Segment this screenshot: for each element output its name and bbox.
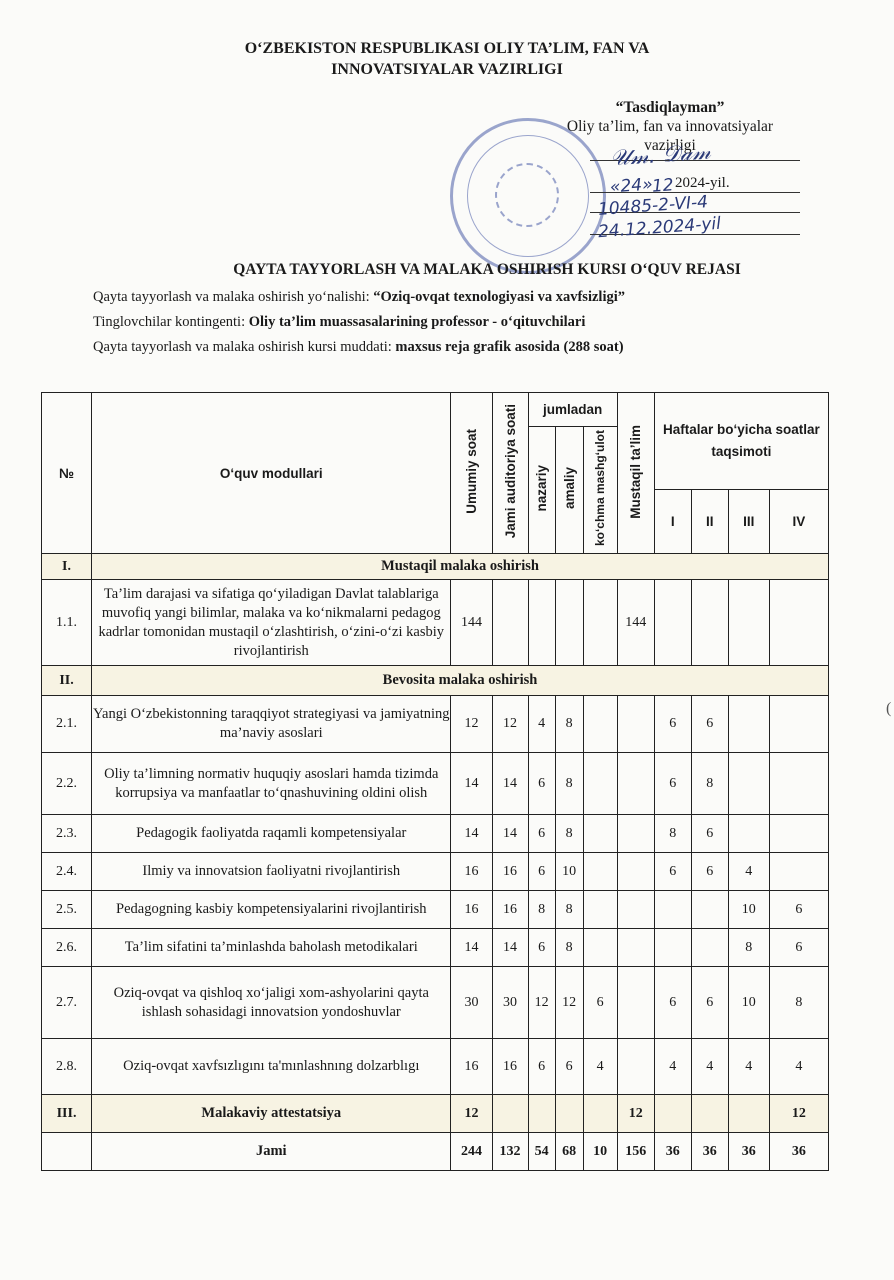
cell-indep <box>617 929 654 967</box>
header-weeks-title: Haftalar bo‘yicha soatlar taqsimoti <box>654 393 828 490</box>
cell-field: 6 <box>583 967 617 1039</box>
meta-duration: Qayta tayyorlash va malaka oshirish kurs… <box>93 339 624 356</box>
cell-indep: 156 <box>617 1133 654 1171</box>
cell-w2: 6 <box>691 967 728 1039</box>
header-week-2: II <box>691 490 728 554</box>
cell-field <box>583 753 617 815</box>
cell-w4 <box>769 696 828 753</box>
cell-w4 <box>769 853 828 891</box>
section-title: Mustaqil malaka oshirish <box>92 554 829 580</box>
row-number <box>42 1133 92 1171</box>
total-row: Jami24413254681015636363636 <box>42 1133 829 1171</box>
approval-date-suffix: 2024-yil. <box>675 174 730 193</box>
table-row: 2.5.Pedagogning kasbiy kompetensiyalarin… <box>42 891 829 929</box>
cell-w4: 36 <box>769 1133 828 1171</box>
cell-practice: 8 <box>555 891 583 929</box>
cell-aud: 16 <box>492 1039 528 1095</box>
cell-indep <box>617 696 654 753</box>
cell-aud <box>492 580 528 666</box>
cell-theory: 4 <box>528 696 555 753</box>
cell-w1: 4 <box>654 1039 691 1095</box>
table-row: 2.3.Pedagogik faoliyatda raqamli kompete… <box>42 815 829 853</box>
cell-practice: 8 <box>555 696 583 753</box>
cell-field: 4 <box>583 1039 617 1095</box>
cell-theory <box>528 580 555 666</box>
row-number: 2.8. <box>42 1039 92 1095</box>
table-row: 2.6.Ta’lim sifatini ta’minlashda baholas… <box>42 929 829 967</box>
handwritten-day: «24» <box>609 175 653 198</box>
cell-practice: 8 <box>555 815 583 853</box>
cell-aud: 14 <box>492 815 528 853</box>
cell-w4: 6 <box>769 891 828 929</box>
row-number: 2.1. <box>42 696 92 753</box>
cell-practice: 6 <box>555 1039 583 1095</box>
cell-w1 <box>654 580 691 666</box>
cell-w1: 8 <box>654 815 691 853</box>
row-number: 2.7. <box>42 967 92 1039</box>
cell-theory <box>528 1095 555 1133</box>
curriculum-table: № O‘quv modullari Umumiy soat Jami audit… <box>41 392 829 1171</box>
module-name: Oliy ta’limning normativ huquqiy asoslar… <box>92 753 451 815</box>
row-number: III. <box>42 1095 92 1133</box>
cell-w4: 6 <box>769 929 828 967</box>
cell-aud: 12 <box>492 696 528 753</box>
document-title: QAYTA TAYYORLASH VA MALAKA OSHIRISH KURS… <box>0 261 894 279</box>
meta-contingent: Tinglovchilar kontingenti: Oliy ta’lim m… <box>93 314 585 331</box>
cell-w3: 10 <box>728 891 769 929</box>
cell-w2 <box>691 1095 728 1133</box>
cell-w3: 4 <box>728 1039 769 1095</box>
cell-indep <box>617 753 654 815</box>
table-row: 2.2.Oliy ta’limning normativ huquqiy aso… <box>42 753 829 815</box>
cell-aud: 30 <box>492 967 528 1039</box>
cell-indep <box>617 891 654 929</box>
cell-total: 14 <box>451 815 492 853</box>
module-name: Oziq-ovqat xavfsızlıgını ta'mınlashnıng … <box>92 1039 451 1095</box>
cell-theory: 12 <box>528 967 555 1039</box>
cell-w2 <box>691 891 728 929</box>
header-field: ko‘chma mashg‘ulot <box>583 427 617 554</box>
header-week-3: III <box>728 490 769 554</box>
header-independent: Mustaqil ta’lim <box>617 393 654 554</box>
table-row: 2.4.Ilmiy va innovatsion faoliyatni rivo… <box>42 853 829 891</box>
approval-title: “Tasdiqlayman” <box>520 98 820 117</box>
module-name: Ilmiy va innovatsion faoliyatni rivojlan… <box>92 853 451 891</box>
table-body: I.Mustaqil malaka oshirish1.1.Ta’lim dar… <box>42 554 829 1171</box>
handwritten-month: 12 <box>651 175 674 196</box>
cell-aud: 132 <box>492 1133 528 1171</box>
cell-indep <box>617 1039 654 1095</box>
cell-w3: 36 <box>728 1133 769 1171</box>
header-week-4: IV <box>769 490 828 554</box>
cell-w4: 4 <box>769 1039 828 1095</box>
cell-practice: 68 <box>555 1133 583 1171</box>
cell-w3 <box>728 696 769 753</box>
cell-total: 16 <box>451 891 492 929</box>
header-week-1: I <box>654 490 691 554</box>
cell-aud: 14 <box>492 929 528 967</box>
cell-w1: 6 <box>654 696 691 753</box>
row-number: 2.4. <box>42 853 92 891</box>
cell-field: 10 <box>583 1133 617 1171</box>
cell-field <box>583 696 617 753</box>
cell-w1: 6 <box>654 967 691 1039</box>
cell-aud: 16 <box>492 853 528 891</box>
cell-w1: 6 <box>654 853 691 891</box>
section-row: III.Malakaviy attestatsiya121212 <box>42 1095 829 1133</box>
cell-theory: 6 <box>528 1039 555 1095</box>
cell-w3: 8 <box>728 929 769 967</box>
cell-practice: 12 <box>555 967 583 1039</box>
row-number: 2.5. <box>42 891 92 929</box>
cell-w2: 6 <box>691 853 728 891</box>
ministry-line-1: O‘ZBEKISTON RESPUBLIKASI OLIY TA’LIM, FA… <box>0 38 894 59</box>
cell-practice: 10 <box>555 853 583 891</box>
cell-w3 <box>728 815 769 853</box>
margin-mark: ( <box>886 700 891 718</box>
row-number: 1.1. <box>42 580 92 666</box>
cell-w1 <box>654 891 691 929</box>
ministry-header: O‘ZBEKISTON RESPUBLIKASI OLIY TA’LIM, FA… <box>0 38 894 80</box>
cell-theory: 6 <box>528 853 555 891</box>
header-modules: O‘quv modullari <box>92 393 451 554</box>
cell-theory: 6 <box>528 929 555 967</box>
cell-indep <box>617 853 654 891</box>
header-auditorium-hours: Jami auditoriya soati <box>492 393 528 554</box>
cell-w4 <box>769 753 828 815</box>
cell-w2: 36 <box>691 1133 728 1171</box>
section-row: I.Mustaqil malaka oshirish <box>42 554 829 580</box>
state-emblem-icon <box>495 163 559 227</box>
cell-indep: 12 <box>617 1095 654 1133</box>
module-name: Yangi O‘zbekistonning taraqqiyot strateg… <box>92 696 451 753</box>
cell-field <box>583 929 617 967</box>
cell-w2: 8 <box>691 753 728 815</box>
module-name: Pedagogning kasbiy kompetensiyalarini ri… <box>92 891 451 929</box>
cell-indep: 144 <box>617 580 654 666</box>
cell-w4 <box>769 815 828 853</box>
table-row: 2.7.Oziq-ovqat va qishloq xo‘jaligi xom-… <box>42 967 829 1039</box>
cell-total: 16 <box>451 853 492 891</box>
cell-theory: 6 <box>528 815 555 853</box>
cell-w4: 8 <box>769 967 828 1039</box>
module-name: Ta’lim sifatini ta’minlashda baholash me… <box>92 929 451 967</box>
module-name: Pedagogik faoliyatda raqamli kompetensiy… <box>92 815 451 853</box>
cell-w2: 6 <box>691 815 728 853</box>
total-label: Jami <box>92 1133 451 1171</box>
cell-total: 144 <box>451 580 492 666</box>
cell-w1 <box>654 1095 691 1133</box>
header-theory: nazariy <box>528 427 555 554</box>
cell-w2: 4 <box>691 1039 728 1095</box>
cell-total: 30 <box>451 967 492 1039</box>
cell-w3 <box>728 580 769 666</box>
cell-total: 14 <box>451 753 492 815</box>
cell-theory: 6 <box>528 753 555 815</box>
header-practice: amaliy <box>555 427 583 554</box>
cell-total: 244 <box>451 1133 492 1171</box>
ministry-line-2: INNOVATSIYALAR VAZIRLIGI <box>0 59 894 80</box>
cell-total: 12 <box>451 1095 492 1133</box>
row-number: 2.2. <box>42 753 92 815</box>
cell-w3: 10 <box>728 967 769 1039</box>
cell-field <box>583 580 617 666</box>
module-name: Malakaviy attestatsiya <box>92 1095 451 1133</box>
cell-aud: 14 <box>492 753 528 815</box>
cell-theory: 8 <box>528 891 555 929</box>
row-number: II. <box>42 666 92 696</box>
cell-w1: 6 <box>654 753 691 815</box>
table-header: № O‘quv modullari Umumiy soat Jami audit… <box>42 393 829 554</box>
cell-practice <box>555 580 583 666</box>
header-total-hours: Umumiy soat <box>451 393 492 554</box>
cell-w2 <box>691 580 728 666</box>
cell-theory: 54 <box>528 1133 555 1171</box>
cell-field <box>583 891 617 929</box>
cell-w3 <box>728 753 769 815</box>
header-including: jumladan <box>528 393 617 427</box>
meta-direction: Qayta tayyorlash va malaka oshirish yo‘n… <box>93 289 625 306</box>
module-name: Oziq-ovqat va qishloq xo‘jaligi xom-ashy… <box>92 967 451 1039</box>
row-number: 2.6. <box>42 929 92 967</box>
cell-total: 12 <box>451 696 492 753</box>
cell-w1 <box>654 929 691 967</box>
cell-field <box>583 1095 617 1133</box>
module-name: Ta’lim darajasi va sifatiga qo‘yiladigan… <box>92 580 451 666</box>
cell-w4: 12 <box>769 1095 828 1133</box>
cell-aud <box>492 1095 528 1133</box>
cell-w2 <box>691 929 728 967</box>
approval-line-1: Oliy ta’lim, fan va innovatsiyalar <box>520 117 820 136</box>
table-row: 2.8.Oziq-ovqat xavfsızlıgını ta'mınlashn… <box>42 1039 829 1095</box>
table-row: 2.1.Yangi O‘zbekistonning taraqqiyot str… <box>42 696 829 753</box>
cell-w3: 4 <box>728 853 769 891</box>
cell-field <box>583 815 617 853</box>
cell-total: 14 <box>451 929 492 967</box>
table-row: 1.1.Ta’lim darajasi va sifatiga qo‘yilad… <box>42 580 829 666</box>
cell-indep <box>617 815 654 853</box>
header-no: № <box>42 393 92 554</box>
row-number: I. <box>42 554 92 580</box>
cell-aud: 16 <box>492 891 528 929</box>
cell-practice: 8 <box>555 753 583 815</box>
cell-w3 <box>728 1095 769 1133</box>
cell-indep <box>617 967 654 1039</box>
cell-w1: 36 <box>654 1133 691 1171</box>
cell-w2: 6 <box>691 696 728 753</box>
cell-practice <box>555 1095 583 1133</box>
cell-w4 <box>769 580 828 666</box>
section-title: Bevosita malaka oshirish <box>92 666 829 696</box>
row-number: 2.3. <box>42 815 92 853</box>
section-row: II.Bevosita malaka oshirish <box>42 666 829 696</box>
cell-field <box>583 853 617 891</box>
cell-practice: 8 <box>555 929 583 967</box>
cell-total: 16 <box>451 1039 492 1095</box>
